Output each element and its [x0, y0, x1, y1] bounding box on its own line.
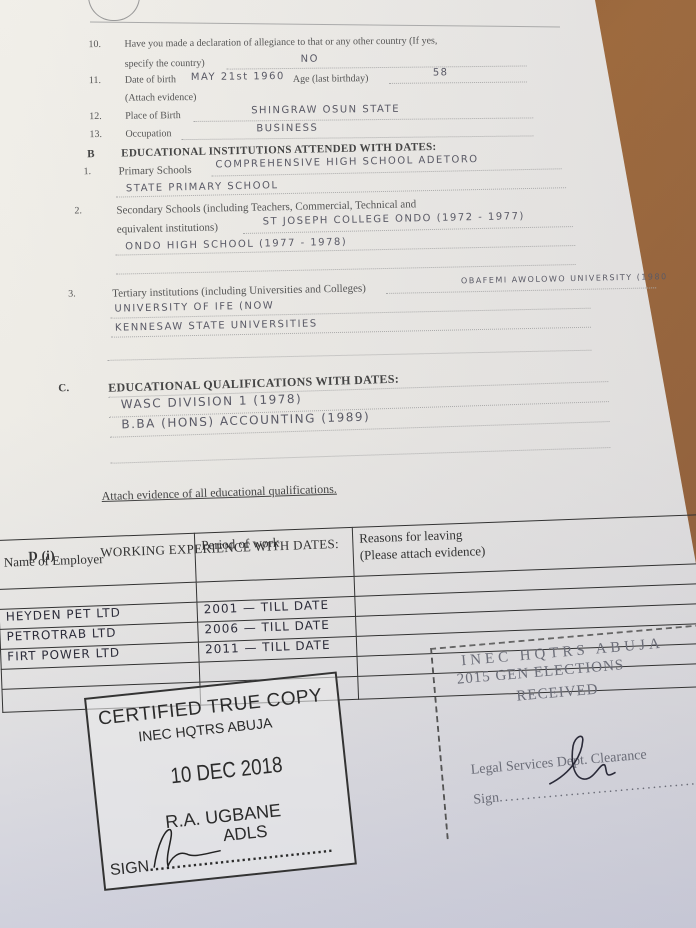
section-b-letter: B — [87, 148, 95, 160]
occupation-label: Occupation — [125, 128, 171, 139]
item-number: 11. — [89, 75, 101, 86]
item-number: 13. — [89, 129, 102, 140]
section-c-letter: C. — [58, 382, 70, 394]
secondary-schools-label-cont: equivalent institutions) — [117, 221, 218, 235]
certified-signature — [140, 815, 235, 874]
attach-evidence-note: (Attach evidence) — [125, 92, 196, 104]
item-number: 12. — [89, 111, 102, 122]
age-label: Age (last birthday) — [293, 73, 369, 85]
received-stamp: INEC HQTRS ABUJA 2015 GEN ELECTIONS RECE… — [430, 623, 696, 840]
item-number: 10. — [88, 39, 101, 50]
certified-stamp-date: 10 DEC 2018 — [169, 752, 283, 790]
item-number: 3. — [68, 288, 76, 299]
primary-schools-label: Primary Schools — [118, 164, 191, 178]
item-number: 2. — [74, 205, 82, 216]
col-header-period: Period of work — [194, 527, 354, 582]
certified-true-copy-stamp: CERTIFIED TRUE COPY INEC HQTRS ABUJA 10 … — [84, 671, 357, 890]
allegiance-answer: NO — [301, 54, 319, 65]
received-stamp-status: RECEIVED — [516, 682, 599, 706]
allegiance-question-cont: specify the country) — [125, 58, 205, 70]
occupation-value: BUSINESS — [256, 123, 318, 135]
dob-value: MAY 21st 1960 — [191, 71, 285, 83]
place-of-birth-value: SHINGRAW OSUN STATE — [251, 104, 400, 117]
col-header-employer: Name of Employer — [0, 533, 196, 589]
item-number: 1. — [84, 166, 92, 177]
place-of-birth-label: Place of Birth — [125, 110, 181, 122]
dob-label: Date of birth — [125, 74, 176, 86]
legal-services-signature — [540, 729, 635, 797]
age-value: 58 — [433, 67, 449, 78]
